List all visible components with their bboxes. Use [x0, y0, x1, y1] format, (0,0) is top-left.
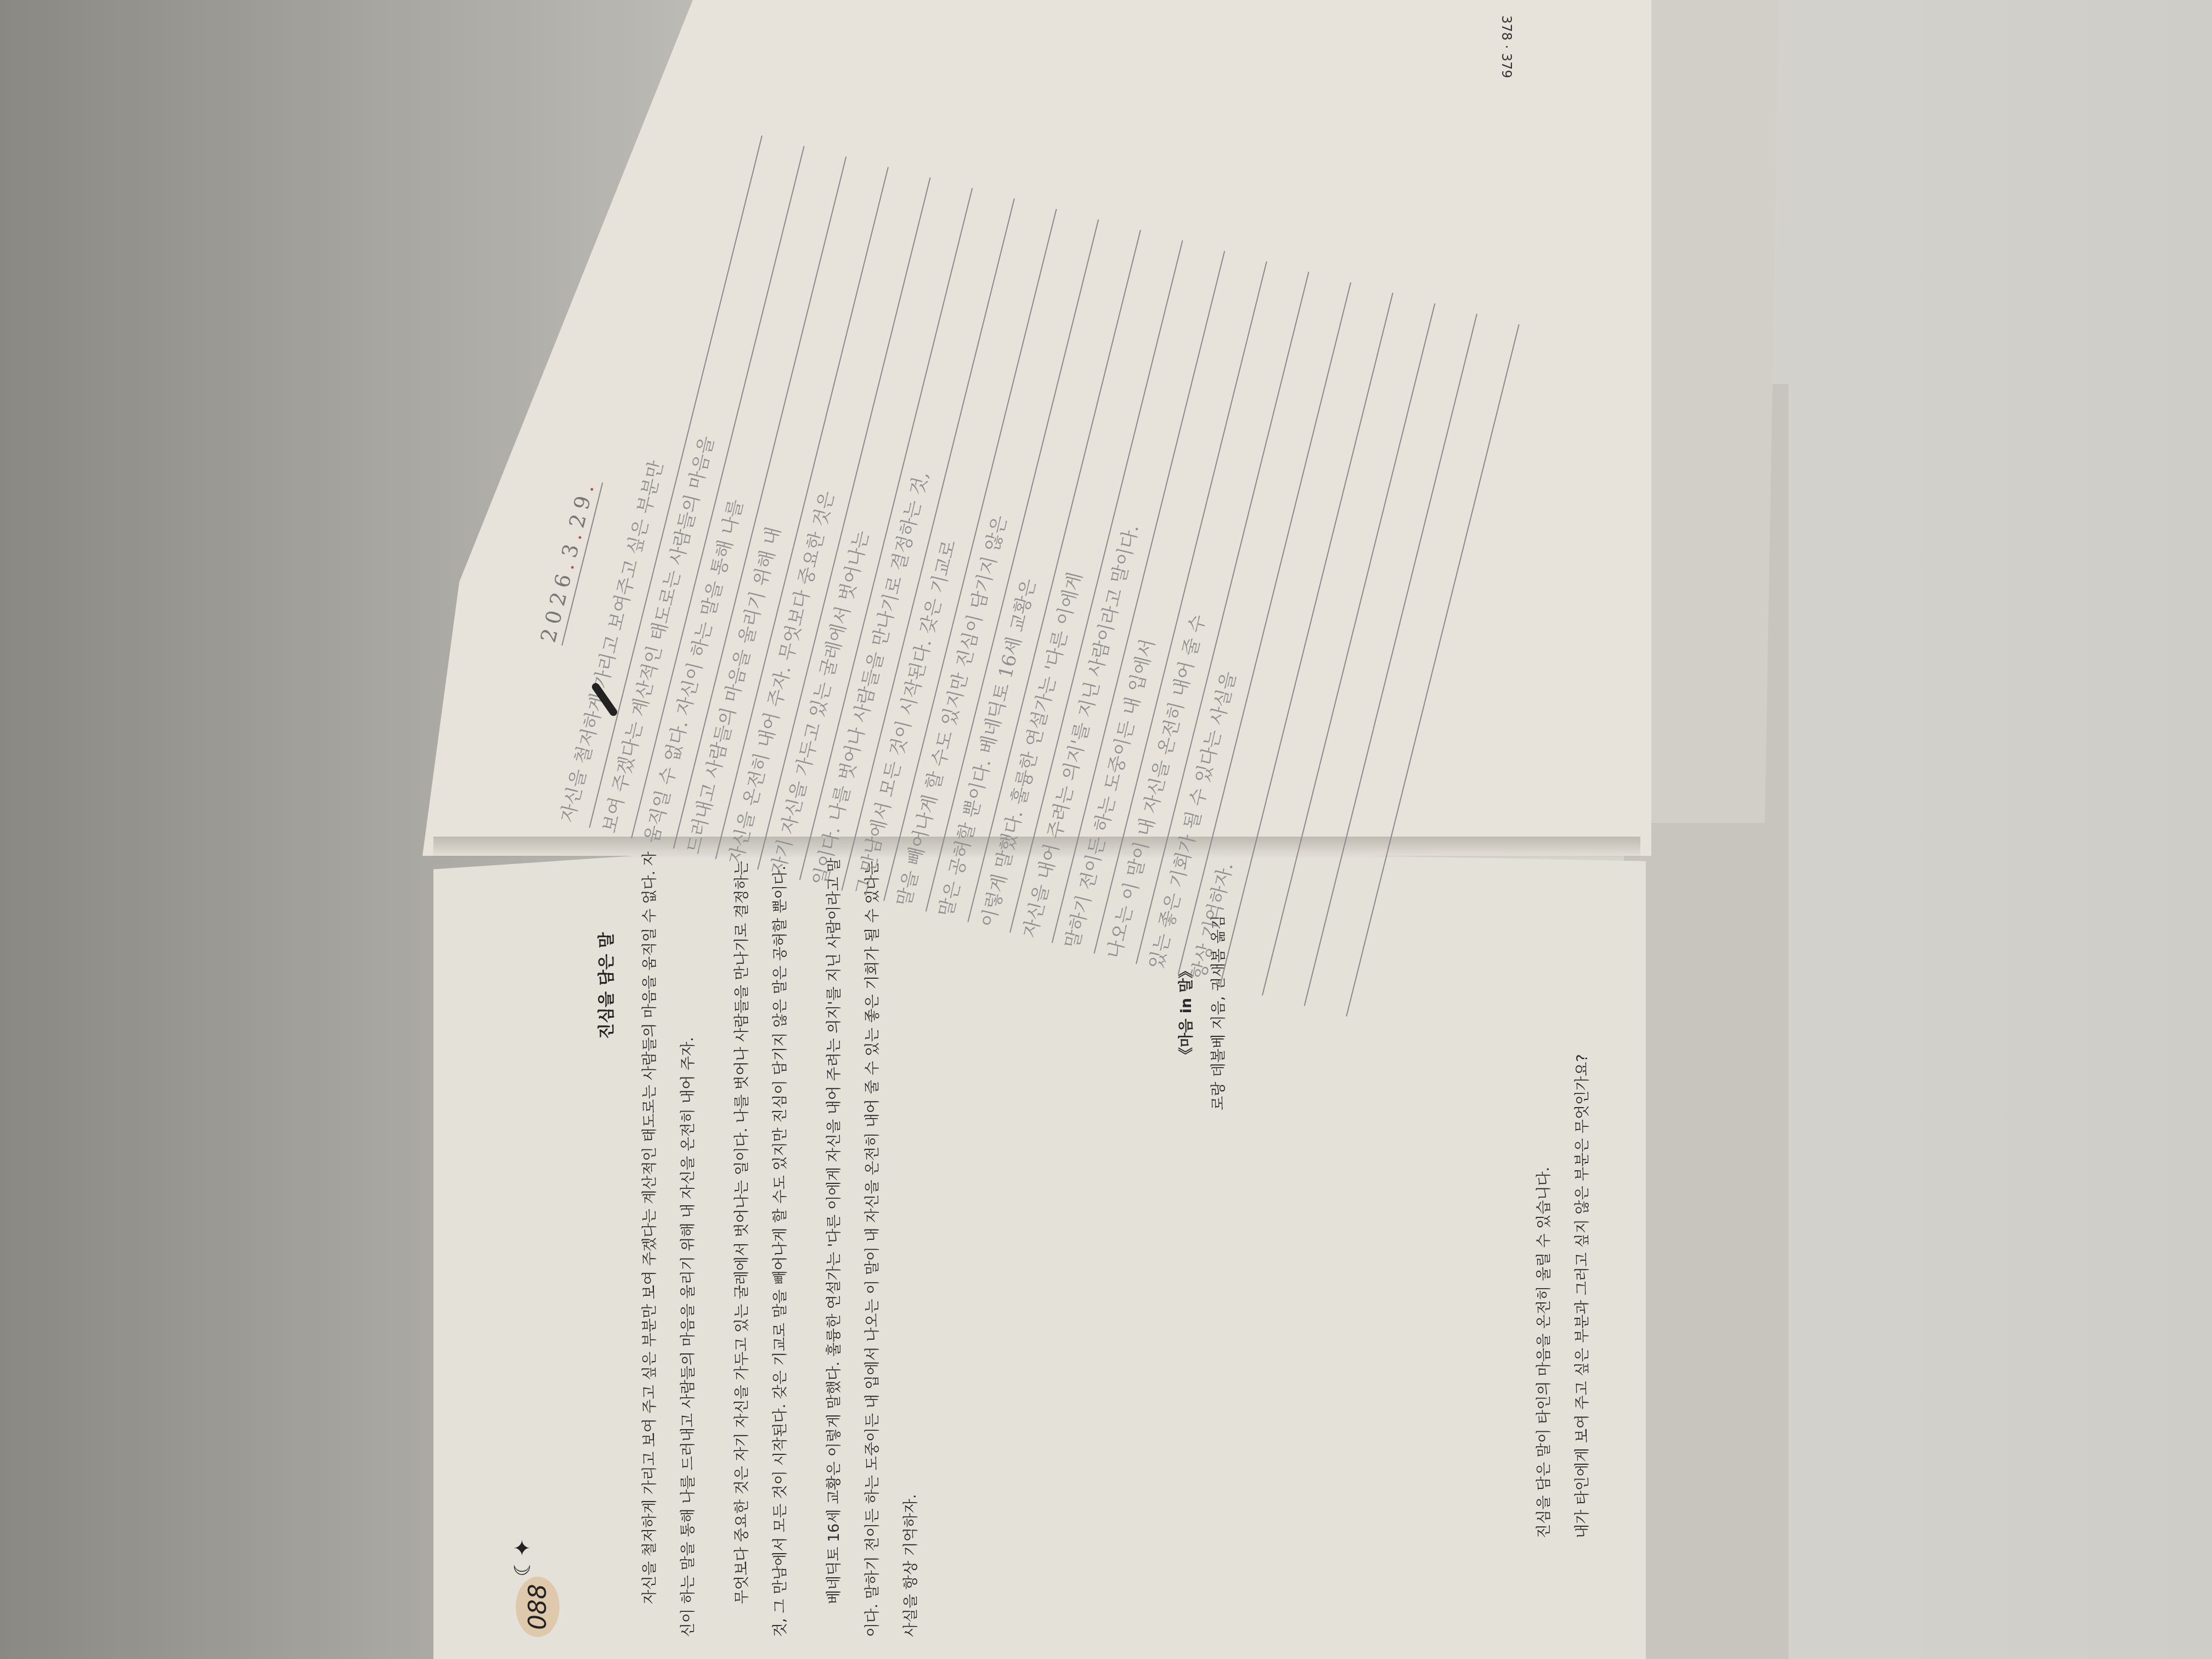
- entry-number: 088: [524, 1584, 552, 1630]
- reflection-prompt: 진심을 담은 말이 타인의 마음을 온전히 울릴 수 있습니다. 내가 타인에게…: [1525, 825, 1602, 1538]
- page-numbers: 378 · 379: [1499, 15, 1514, 78]
- entry-number-badge: 088: [516, 1577, 560, 1637]
- page-title: 진심을 담은 말: [592, 932, 617, 1039]
- prompt-line: 진심을 담은 말이 타인의 마음을 온전히 울릴 수 있습니다.: [1525, 825, 1564, 1538]
- passage-body: 자신을 철저하게 가리고 보여 주고 싶은 부분만 보여 주겠다는 계산적인 태…: [631, 847, 946, 1637]
- passage-paragraph: 자신을 철저하게 가리고 보여 주고 싶은 부분만 보여 주겠다는 계산적인 태…: [631, 847, 708, 1637]
- moon-stars-icon: ☾✦: [510, 1539, 535, 1577]
- underlying-page-edge: [1633, 0, 1779, 823]
- prompt-line: 내가 타인에게 보여 주고 싶은 부분과 그러고 싶지 않은 부분은 무엇인가요…: [1564, 825, 1602, 1538]
- passage-paragraph: 베네딕토 16세 교황은 이렇게 말했다. 훌륭한 연설가는 '다른 이에게 자…: [815, 847, 930, 1637]
- passage-paragraph: 무엇보다 중요한 것은 자기 자신을 가두고 있는 굴레에서 벗어나는 일이다.…: [723, 847, 800, 1637]
